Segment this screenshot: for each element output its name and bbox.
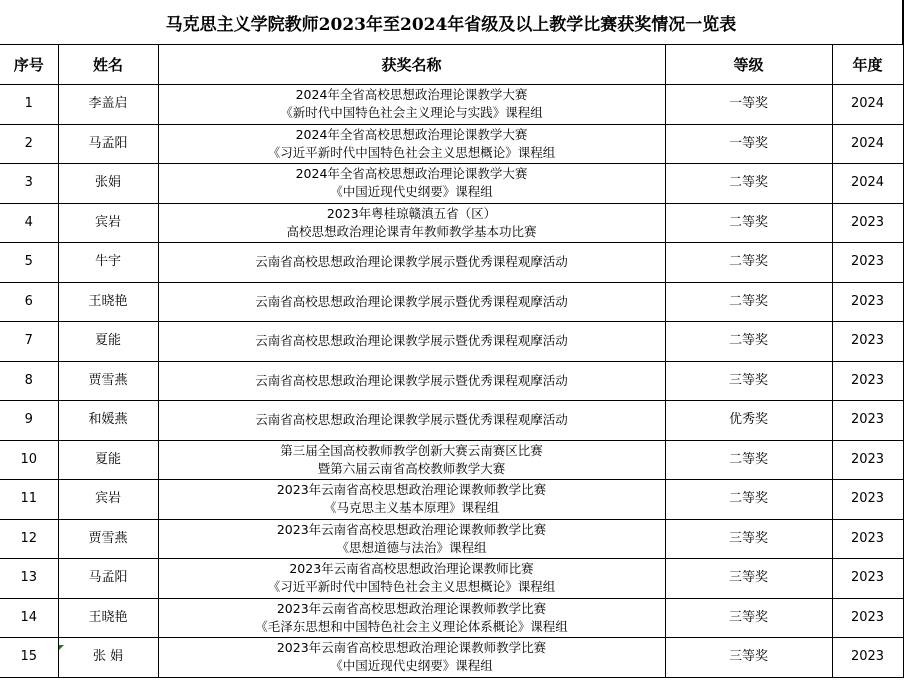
cell-award[interactable]: 2023年云南省高校思想政治理论课教师教学比赛《毛泽东思想和中国特色社会主义理论… bbox=[158, 598, 665, 638]
cell-year[interactable]: 2023 bbox=[832, 440, 903, 480]
cell-index[interactable]: 2 bbox=[0, 124, 58, 164]
cell-year[interactable]: 2024 bbox=[832, 164, 903, 204]
table-row: 12贾雪燕2023年云南省高校思想政治理论课教师教学比赛《思想道德与法治》课程组… bbox=[0, 519, 903, 559]
cell-award[interactable]: 2024年全省高校思想政治理论课教学大赛《习近平新时代中国特色社会主义思想概论》… bbox=[158, 124, 665, 164]
award-line-2: 《习近平新时代中国特色社会主义思想概论》课程组 bbox=[159, 578, 665, 596]
award-line-1: 云南省高校思想政治理论课教学展示暨优秀课程观摩活动 bbox=[159, 253, 665, 271]
cell-year[interactable]: 2023 bbox=[832, 282, 903, 322]
cell-index[interactable]: 11 bbox=[0, 480, 58, 520]
award-line-1: 2023年云南省高校思想政治理论课教师教学比赛 bbox=[159, 639, 665, 657]
cell-level[interactable]: 一等奖 bbox=[665, 85, 832, 125]
cell-level[interactable]: 三等奖 bbox=[665, 361, 832, 401]
table-row: 15张 娟2023年云南省高校思想政治理论课教师教学比赛《中国近现代史纲要》课程… bbox=[0, 638, 903, 678]
table-row: 11宾岩2023年云南省高校思想政治理论课教师教学比赛《马克思主义基本原理》课程… bbox=[0, 480, 903, 520]
cell-year[interactable]: 2023 bbox=[832, 203, 903, 243]
cell-year[interactable]: 2024 bbox=[832, 85, 903, 125]
cell-index[interactable]: 15 bbox=[0, 638, 58, 678]
cell-award[interactable]: 2023年云南省高校思想政治理论课教师教学比赛《马克思主义基本原理》课程组 bbox=[158, 480, 665, 520]
award-line-1: 2023年粤桂琼赣滇五省（区） bbox=[159, 205, 665, 223]
cell-year[interactable]: 2024 bbox=[832, 124, 903, 164]
cell-level[interactable]: 一等奖 bbox=[665, 124, 832, 164]
award-line-1: 2024年全省高校思想政治理论课教学大赛 bbox=[159, 126, 665, 144]
table-row: 10夏能第三届全国高校教师教学创新大赛云南赛区比赛暨第六届云南省高校教师教学大赛… bbox=[0, 440, 903, 480]
cell-name[interactable]: 贾雪燕 bbox=[58, 519, 158, 559]
cell-year[interactable]: 2023 bbox=[832, 401, 903, 441]
award-line-2: 暨第六届云南省高校教师教学大赛 bbox=[159, 460, 665, 478]
cell-award[interactable]: 2023年粤桂琼赣滇五省（区）高校思想政治理论课青年教师教学基本功比赛 bbox=[158, 203, 665, 243]
cell-index[interactable]: 10 bbox=[0, 440, 58, 480]
cell-name[interactable]: 夏能 bbox=[58, 322, 158, 362]
table-row: 9和媛燕云南省高校思想政治理论课教学展示暨优秀课程观摩活动优秀奖2023 bbox=[0, 401, 903, 441]
award-line-2: 高校思想政治理论课青年教师教学基本功比赛 bbox=[159, 223, 665, 241]
header-level[interactable]: 等级 bbox=[665, 45, 832, 85]
cell-award[interactable]: 2023年云南省高校思想政治理论课教师教学比赛《中国近现代史纲要》课程组 bbox=[158, 638, 665, 678]
cell-index[interactable]: 14 bbox=[0, 598, 58, 638]
award-line-1: 2024年全省高校思想政治理论课教学大赛 bbox=[159, 165, 665, 183]
cell-level[interactable]: 二等奖 bbox=[665, 164, 832, 204]
cell-level[interactable]: 二等奖 bbox=[665, 322, 832, 362]
header-award[interactable]: 获奖名称 bbox=[158, 45, 665, 85]
cell-name[interactable]: 王晓艳 bbox=[58, 598, 158, 638]
table-row: 13马孟阳2023年云南省高校思想政治理论课教师比赛《习近平新时代中国特色社会主… bbox=[0, 559, 903, 599]
cell-index[interactable]: 4 bbox=[0, 203, 58, 243]
cell-name[interactable]: 牛宇 bbox=[58, 243, 158, 283]
award-line-1: 2023年云南省高校思想政治理论课教师教学比赛 bbox=[159, 521, 665, 539]
cell-index[interactable]: 9 bbox=[0, 401, 58, 441]
cell-award[interactable]: 云南省高校思想政治理论课教学展示暨优秀课程观摩活动 bbox=[158, 243, 665, 283]
table-row: 14王晓艳2023年云南省高校思想政治理论课教师教学比赛《毛泽东思想和中国特色社… bbox=[0, 598, 903, 638]
table-row: 3张娟2024年全省高校思想政治理论课教学大赛《中国近现代史纲要》课程组二等奖2… bbox=[0, 164, 903, 204]
award-line-1: 2023年云南省高校思想政治理论课教师比赛 bbox=[159, 560, 665, 578]
table-row: 4宾岩2023年粤桂琼赣滇五省（区）高校思想政治理论课青年教师教学基本功比赛二等… bbox=[0, 203, 903, 243]
table-row: 7夏能云南省高校思想政治理论课教学展示暨优秀课程观摩活动二等奖2023 bbox=[0, 322, 903, 362]
cell-name[interactable]: 李盖启 bbox=[58, 85, 158, 125]
cell-index[interactable]: 13 bbox=[0, 559, 58, 599]
table-row: 6王晓艳云南省高校思想政治理论课教学展示暨优秀课程观摩活动二等奖2023 bbox=[0, 282, 903, 322]
cell-name[interactable]: 夏能 bbox=[58, 440, 158, 480]
cell-year[interactable]: 2023 bbox=[832, 638, 903, 678]
cell-name[interactable]: 宾岩 bbox=[58, 203, 158, 243]
cell-year[interactable]: 2023 bbox=[832, 322, 903, 362]
cell-award[interactable]: 云南省高校思想政治理论课教学展示暨优秀课程观摩活动 bbox=[158, 322, 665, 362]
cell-year[interactable]: 2023 bbox=[832, 559, 903, 599]
award-line-1: 2023年云南省高校思想政治理论课教师教学比赛 bbox=[159, 600, 665, 618]
cell-award[interactable]: 2023年云南省高校思想政治理论课教师比赛《习近平新时代中国特色社会主义思想概论… bbox=[158, 559, 665, 599]
cell-index[interactable]: 8 bbox=[0, 361, 58, 401]
award-line-1: 2023年云南省高校思想政治理论课教师教学比赛 bbox=[159, 481, 665, 499]
cell-year[interactable]: 2023 bbox=[832, 598, 903, 638]
cell-award[interactable]: 云南省高校思想政治理论课教学展示暨优秀课程观摩活动 bbox=[158, 282, 665, 322]
cell-award[interactable]: 2024年全省高校思想政治理论课教学大赛《新时代中国特色社会主义理论与实践》课程… bbox=[158, 85, 665, 125]
cell-year[interactable]: 2023 bbox=[832, 243, 903, 283]
cell-year[interactable]: 2023 bbox=[832, 480, 903, 520]
cell-level[interactable]: 三等奖 bbox=[665, 638, 832, 678]
award-line-1: 云南省高校思想政治理论课教学展示暨优秀课程观摩活动 bbox=[159, 332, 665, 350]
cell-name[interactable]: 和媛燕 bbox=[58, 401, 158, 441]
cell-level[interactable]: 优秀奖 bbox=[665, 401, 832, 441]
award-line-1: 第三届全国高校教师教学创新大赛云南赛区比赛 bbox=[159, 442, 665, 460]
cell-name[interactable]: 贾雪燕 bbox=[58, 361, 158, 401]
cell-index[interactable]: 1 bbox=[0, 85, 58, 125]
sheet-title: 马克思主义学院教师2023年至2024年省级及以上教学比赛获奖情况一览表 bbox=[0, 0, 904, 44]
cell-name[interactable]: 马孟阳 bbox=[58, 124, 158, 164]
cell-year[interactable]: 2023 bbox=[832, 519, 903, 559]
cell-level[interactable]: 二等奖 bbox=[665, 440, 832, 480]
table-row: 2马孟阳2024年全省高校思想政治理论课教学大赛《习近平新时代中国特色社会主义思… bbox=[0, 124, 903, 164]
header-year[interactable]: 年度 bbox=[832, 45, 903, 85]
cell-award[interactable]: 云南省高校思想政治理论课教学展示暨优秀课程观摩活动 bbox=[158, 401, 665, 441]
award-line-2: 《中国近现代史纲要》课程组 bbox=[159, 183, 665, 201]
cell-level[interactable]: 二等奖 bbox=[665, 203, 832, 243]
award-line-2: 《新时代中国特色社会主义理论与实践》课程组 bbox=[159, 104, 665, 122]
award-table: 序号 姓名 获奖名称 等级 年度 1李盖启2024年全省高校思想政治理论课教学大… bbox=[0, 44, 904, 678]
table-row: 8贾雪燕云南省高校思想政治理论课教学展示暨优秀课程观摩活动三等奖2023 bbox=[0, 361, 903, 401]
award-line-2: 《毛泽东思想和中国特色社会主义理论体系概论》课程组 bbox=[159, 618, 665, 636]
award-line-1: 云南省高校思想政治理论课教学展示暨优秀课程观摩活动 bbox=[159, 372, 665, 390]
cell-name[interactable]: 马孟阳 bbox=[58, 559, 158, 599]
cell-level[interactable]: 三等奖 bbox=[665, 559, 832, 599]
cell-index[interactable]: 7 bbox=[0, 322, 58, 362]
cell-level[interactable]: 三等奖 bbox=[665, 519, 832, 559]
award-sheet: 马克思主义学院教师2023年至2024年省级及以上教学比赛获奖情况一览表 序号 … bbox=[0, 0, 904, 685]
cell-award[interactable]: 第三届全国高校教师教学创新大赛云南赛区比赛暨第六届云南省高校教师教学大赛 bbox=[158, 440, 665, 480]
cell-level[interactable]: 二等奖 bbox=[665, 243, 832, 283]
cell-comment-marker bbox=[59, 645, 64, 650]
header-row: 序号 姓名 获奖名称 等级 年度 bbox=[0, 45, 903, 85]
cell-level[interactable]: 三等奖 bbox=[665, 598, 832, 638]
header-index[interactable]: 序号 bbox=[0, 45, 58, 85]
cell-name[interactable]: 宾岩 bbox=[58, 480, 158, 520]
award-line-1: 云南省高校思想政治理论课教学展示暨优秀课程观摩活动 bbox=[159, 411, 665, 429]
cell-index[interactable]: 12 bbox=[0, 519, 58, 559]
cell-year[interactable]: 2023 bbox=[832, 361, 903, 401]
cell-level[interactable]: 二等奖 bbox=[665, 282, 832, 322]
cell-index[interactable]: 3 bbox=[0, 164, 58, 204]
header-name[interactable]: 姓名 bbox=[58, 45, 158, 85]
table-row: 5牛宇云南省高校思想政治理论课教学展示暨优秀课程观摩活动二等奖2023 bbox=[0, 243, 903, 283]
award-line-2: 《习近平新时代中国特色社会主义思想概论》课程组 bbox=[159, 144, 665, 162]
award-line-1: 2024年全省高校思想政治理论课教学大赛 bbox=[159, 86, 665, 104]
award-line-1: 云南省高校思想政治理论课教学展示暨优秀课程观摩活动 bbox=[159, 293, 665, 311]
cell-name[interactable]: 张 娟 bbox=[58, 638, 158, 678]
cell-award[interactable]: 2023年云南省高校思想政治理论课教师教学比赛《思想道德与法治》课程组 bbox=[158, 519, 665, 559]
cell-name[interactable]: 张娟 bbox=[58, 164, 158, 204]
cell-award[interactable]: 云南省高校思想政治理论课教学展示暨优秀课程观摩活动 bbox=[158, 361, 665, 401]
cell-name[interactable]: 王晓艳 bbox=[58, 282, 158, 322]
table-row: 1李盖启2024年全省高校思想政治理论课教学大赛《新时代中国特色社会主义理论与实… bbox=[0, 85, 903, 125]
cell-level[interactable]: 二等奖 bbox=[665, 480, 832, 520]
award-line-2: 《中国近现代史纲要》课程组 bbox=[159, 657, 665, 675]
cell-index[interactable]: 6 bbox=[0, 282, 58, 322]
cell-award[interactable]: 2024年全省高校思想政治理论课教学大赛《中国近现代史纲要》课程组 bbox=[158, 164, 665, 204]
award-line-2: 《思想道德与法治》课程组 bbox=[159, 539, 665, 557]
award-line-2: 《马克思主义基本原理》课程组 bbox=[159, 499, 665, 517]
cell-index[interactable]: 5 bbox=[0, 243, 58, 283]
